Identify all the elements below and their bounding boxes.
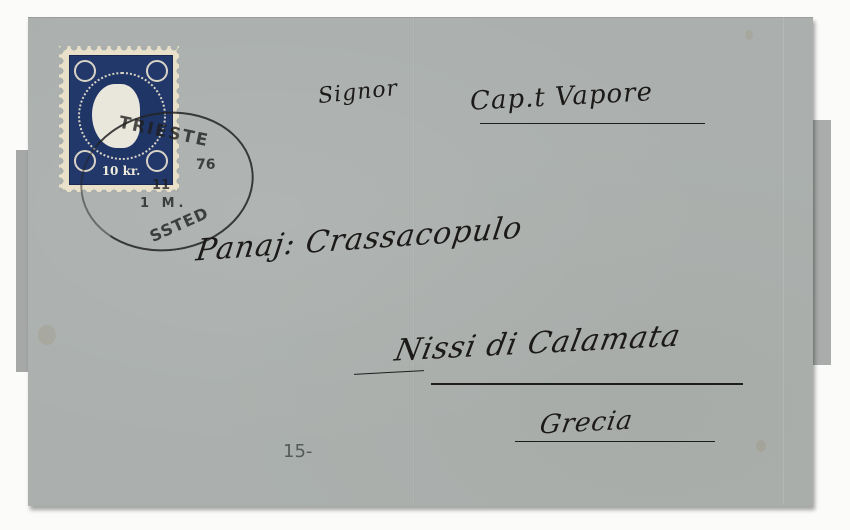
stain (756, 440, 766, 452)
underline (515, 441, 715, 442)
address-country: Grecia (538, 405, 636, 440)
postmark-time: 1 M. (140, 196, 187, 211)
postmark-year: 76 (196, 157, 215, 173)
postmark-day: 11 (152, 178, 170, 193)
underline (480, 123, 705, 124)
stain (38, 325, 56, 345)
ornament-icon (74, 60, 96, 82)
pencil-note: 15- (283, 441, 312, 462)
ornament-icon (146, 60, 168, 82)
stain (745, 30, 753, 40)
letter-scan: 10 kr. TRIESTE 76 11 1 M. SSTED Signor C… (0, 0, 850, 530)
underline (431, 383, 743, 385)
center-fold (413, 17, 415, 505)
right-fold (783, 17, 784, 505)
